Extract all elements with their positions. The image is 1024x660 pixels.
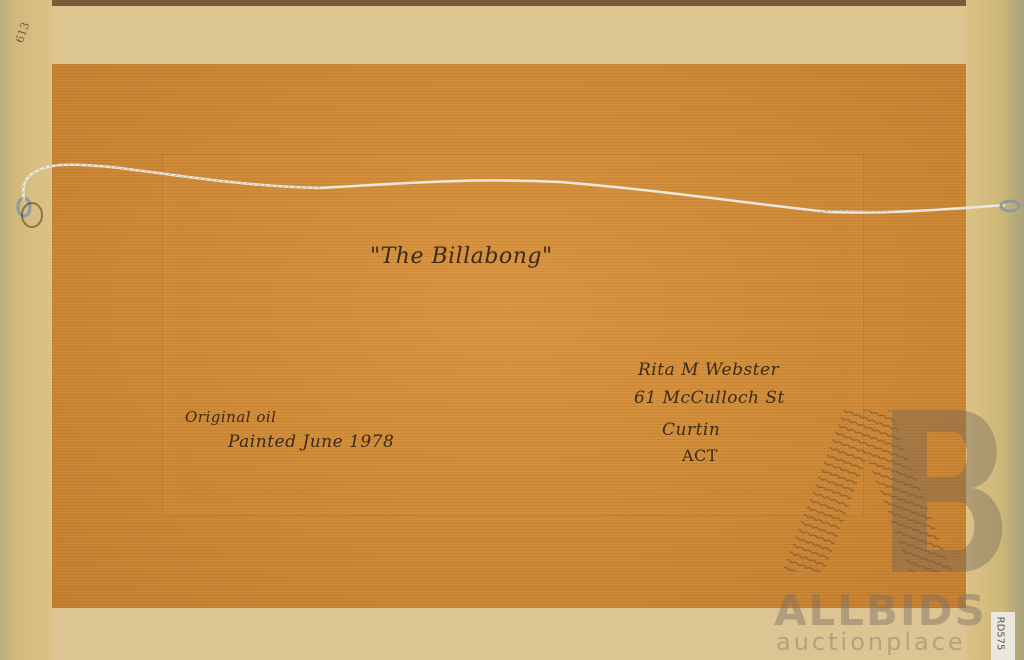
- watermark-tagline: auctionplace: [776, 628, 966, 656]
- mount-left-edge: [0, 0, 52, 660]
- artist-suburb: Curtin: [662, 420, 720, 440]
- medium-note: Original oil: [185, 408, 276, 426]
- painting-title-handwritten: "The Billabong": [370, 244, 553, 269]
- artist-state: ACT: [682, 446, 718, 465]
- inventory-label: RD575: [991, 612, 1015, 660]
- artist-name: Rita M Webster: [638, 360, 779, 380]
- allbids-logo-icon: [782, 402, 1012, 580]
- artist-street: 61 McCulloch St: [634, 388, 785, 408]
- inventory-label-text: RD575: [994, 617, 1005, 651]
- mount-top-edge: [52, 0, 966, 66]
- date-note: Painted June 1978: [228, 432, 394, 452]
- paper-inner-panel: [162, 154, 864, 516]
